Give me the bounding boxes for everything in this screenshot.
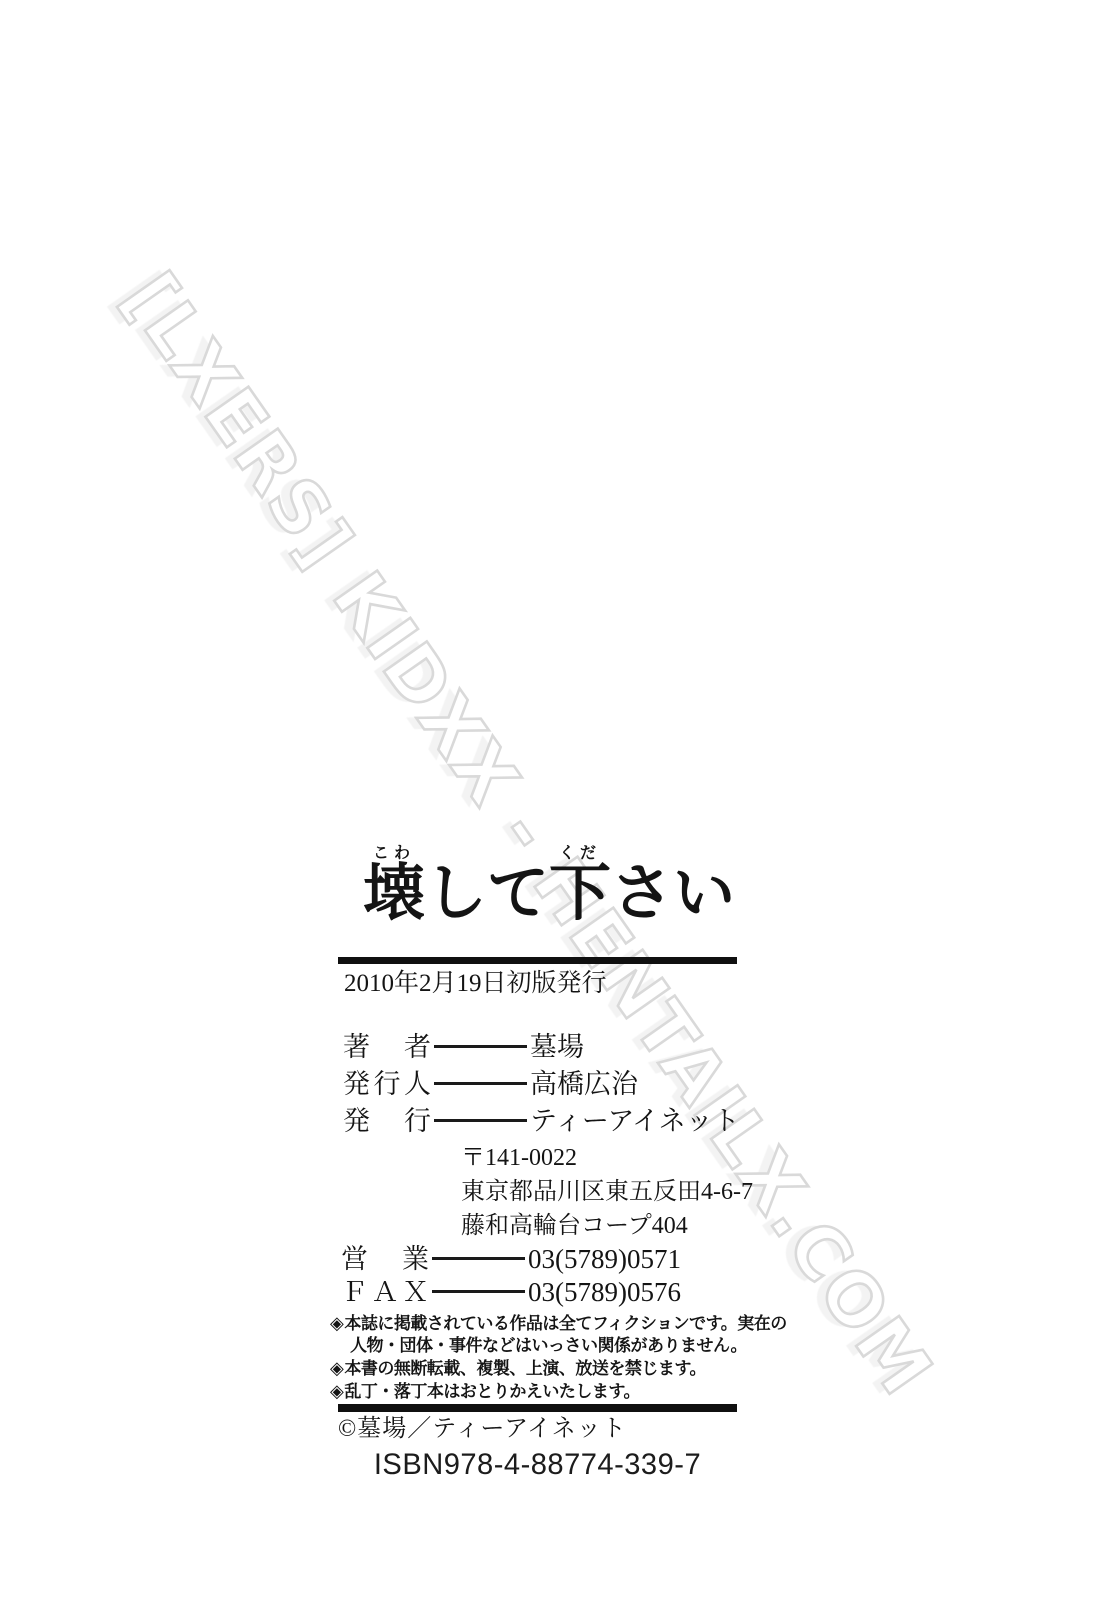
em-dash-line xyxy=(434,1045,527,1048)
notice-fiction: ◈本誌に掲載されている作品は全てフィクションです。実在の xyxy=(330,1312,787,1335)
title-text: 壊 xyxy=(363,860,425,928)
contact-phone: 03(5789)0571 xyxy=(528,1244,681,1274)
credit-label: 著 者 xyxy=(343,1029,431,1066)
edition-date: 2010年2月19日初版発行 xyxy=(344,971,607,997)
notice-list: ◈本誌に掲載されている作品は全てフィクションです。実在の 人物・団体・事件などは… xyxy=(330,1312,787,1402)
bottom-divider-rule xyxy=(338,1404,737,1412)
credit-row-publisher: 発 行ティーアイネット xyxy=(343,1103,740,1140)
title-ruby-group: 壊こわ xyxy=(363,860,425,928)
credit-value: 墓場 xyxy=(530,1032,584,1062)
notice-text: 乱丁・落丁本はおとりかえいたします。 xyxy=(344,1382,640,1401)
em-dash-line xyxy=(432,1290,525,1293)
diamond-bullet-icon: ◈ xyxy=(330,1381,343,1401)
contact-row-sales: 営 業03(5789)0571 xyxy=(341,1243,681,1276)
contact-phone: 03(5789)0576 xyxy=(528,1277,681,1307)
furigana: こわ xyxy=(363,845,425,862)
address-line-1: 東京都品川区東五反田4-6-7 xyxy=(461,1175,753,1209)
contact-label: 営 業 xyxy=(341,1243,429,1276)
notice-fiction-cont: 人物・団体・事件などはいっさい関係がありません。 xyxy=(330,1335,787,1358)
address-line-2: 藤和高輪台コープ404 xyxy=(461,1209,753,1243)
title-ruby-group: 下くだ xyxy=(549,860,611,928)
colophon-block: 壊こわして下ください 2010年2月19日初版発行 著 者墓場 発行人高橋広治 … xyxy=(0,0,1100,1600)
book-title: 壊こわして下ください xyxy=(363,845,735,925)
publisher-address: 〒141-0022 東京都品川区東五反田4-6-7 藤和高輪台コープ404 xyxy=(461,1141,753,1243)
isbn-number: ISBN978-4-88774-339-7 xyxy=(344,1449,731,1481)
scanned-colophon-page: [LXERS] KIDXX - HENTAILX.COM 壊こわして下ください … xyxy=(0,0,1100,1600)
title-text: さい xyxy=(611,860,735,928)
credit-value: ティーアイネット xyxy=(530,1106,740,1136)
postal-code: 〒141-0022 xyxy=(461,1141,753,1175)
contacts-block: 営 業03(5789)0571 ＦＡＸ03(5789)0576 xyxy=(341,1243,681,1309)
diamond-bullet-icon: ◈ xyxy=(330,1313,343,1333)
title-divider-rule xyxy=(338,957,737,964)
notice-text: 本書の無断転載、複製、上演、放送を禁じます。 xyxy=(344,1359,706,1378)
title-text: して xyxy=(425,860,549,928)
credit-label: 発行人 xyxy=(343,1066,431,1103)
em-dash-line xyxy=(434,1082,527,1085)
notice-text: 本誌に掲載されている作品は全てフィクションです。実在の xyxy=(344,1314,786,1333)
contact-label: ＦＡＸ xyxy=(341,1276,429,1309)
diamond-bullet-icon: ◈ xyxy=(330,1358,343,1378)
credit-row-publisher-person: 発行人高橋広治 xyxy=(343,1066,740,1103)
copyright-line: ©墓場／ティーアイネット xyxy=(338,1415,627,1443)
credits-block: 著 者墓場 発行人高橋広治 発 行ティーアイネット xyxy=(343,1029,740,1140)
notice-text: 人物・団体・事件などはいっさい関係がありません。 xyxy=(350,1336,747,1355)
credit-row-author: 著 者墓場 xyxy=(343,1029,740,1066)
em-dash-line xyxy=(432,1257,525,1260)
em-dash-line xyxy=(434,1119,527,1122)
credit-value: 高橋広治 xyxy=(530,1069,638,1099)
notice-defective-copies: ◈乱丁・落丁本はおとりかえいたします。 xyxy=(330,1380,787,1403)
contact-row-fax: ＦＡＸ03(5789)0576 xyxy=(341,1276,681,1309)
title-text: 下 xyxy=(549,860,611,928)
furigana: くだ xyxy=(549,845,611,862)
credit-label: 発 行 xyxy=(343,1103,431,1140)
notice-no-reproduction: ◈本書の無断転載、複製、上演、放送を禁じます。 xyxy=(330,1357,787,1380)
